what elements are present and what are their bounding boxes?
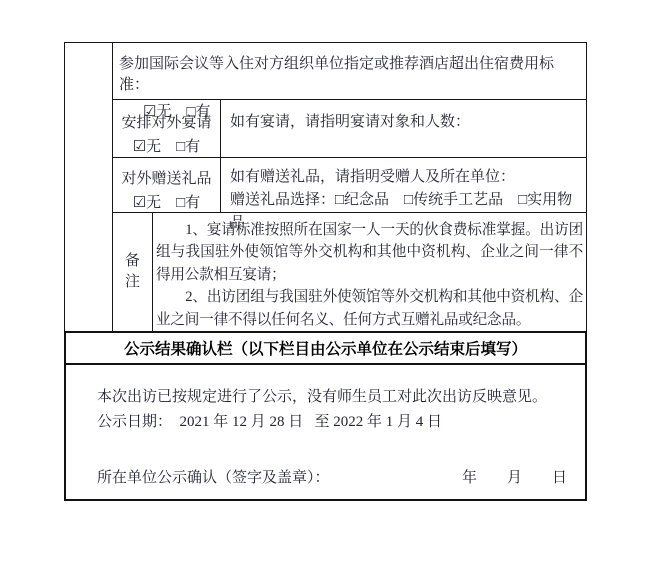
hotel-standard-row: 参加国际会议等入住对方组织单位指定或推荐酒店超出住宿费用标准： ☑无 □有 (113, 43, 586, 100)
gift-label: 对外赠送礼品 (113, 167, 220, 188)
banquet-detail-text: 如有宴请，请指明宴请对象和人数： (221, 100, 586, 157)
confirmation-header-title: 公示结果确认栏（以下栏目由公示单位在公示结束后填写） (66, 333, 585, 365)
gift-row: 对外赠送礼品 ☑无 □有 如有赠送礼品，请指明受赠人及所在单位： 赠送礼品选择：… (113, 158, 586, 213)
confirmation-section: 公示结果确认栏（以下栏目由公示单位在公示结束后填写） 本次出访已按规定进行了公示… (64, 331, 587, 501)
gift-detail-line1: 如有赠送礼品，请指明受赠人及所在单位： (230, 166, 582, 189)
signature-date-blanks: 年 月 日 (462, 466, 567, 487)
overseas-visit-publicity-form: 参加国际会议等入住对方组织单位指定或推荐酒店超出住宿费用标准： ☑无 □有 安排… (64, 42, 587, 501)
remark-note-1: 1、宴请标准按照所在国家一人一天的伙食费标准掌握。出访团组与我国驻外使领馆等外交… (156, 219, 583, 287)
gift-label-cell: 对外赠送礼品 ☑无 □有 (113, 158, 221, 212)
gift-checkboxes: ☑无 □有 (113, 191, 220, 212)
remark-notes-cell: 1、宴请标准按照所在国家一人一天的伙食费标准掌握。出访团组与我国驻外使领馆等外交… (153, 213, 586, 332)
hotel-standard-question: 参加国际会议等入住对方组织单位指定或推荐酒店超出住宿费用标准： (119, 52, 582, 94)
publicity-result-statement: 本次出访已按规定进行了公示，没有师生员工对此次出访反映意见。 (97, 385, 567, 410)
remark-note-2: 2、出访团组与我国驻外使领馆等外交机构和其他中资机构、企业之间一律不得以任何名义… (156, 286, 583, 331)
banquet-label: 安排对外宴请 (113, 111, 220, 132)
banquet-checkboxes: ☑无 □有 (113, 135, 220, 156)
remark-label: 备注 (125, 251, 141, 293)
form-upper-section: 参加国际会议等入住对方组织单位指定或推荐酒店超出住宿费用标准： ☑无 □有 安排… (64, 42, 587, 331)
banquet-label-cell: 安排对外宴请 ☑无 □有 (113, 100, 221, 157)
gift-detail-cell: 如有赠送礼品，请指明受赠人及所在单位： 赠送礼品选择：□纪念品 □传统手工艺品 … (221, 158, 586, 212)
confirmation-body: 本次出访已按规定进行了公示，没有师生员工对此次出访反映意见。 公示日期： 202… (66, 365, 585, 499)
remark-row: 备注 1、宴请标准按照所在国家一人一天的伙食费标准掌握。出访团组与我国驻外使领馆… (113, 213, 586, 332)
signature-row: 所在单位公示确认（签字及盖章）： 年 月 日 (97, 466, 567, 487)
signature-label: 所在单位公示确认（签字及盖章）： (97, 466, 330, 487)
banquet-row: 安排对外宴请 ☑无 □有 如有宴请，请指明宴请对象和人数： (113, 100, 586, 158)
form-rows: 参加国际会议等入住对方组织单位指定或推荐酒店超出住宿费用标准： ☑无 □有 安排… (113, 43, 586, 331)
blank-spanner-cell (65, 43, 113, 331)
remark-label-cell: 备注 (113, 213, 153, 332)
publicity-date-line: 公示日期： 2021 年 12 月 28 日 至 2022 年 1 月 4 日 (97, 410, 567, 435)
